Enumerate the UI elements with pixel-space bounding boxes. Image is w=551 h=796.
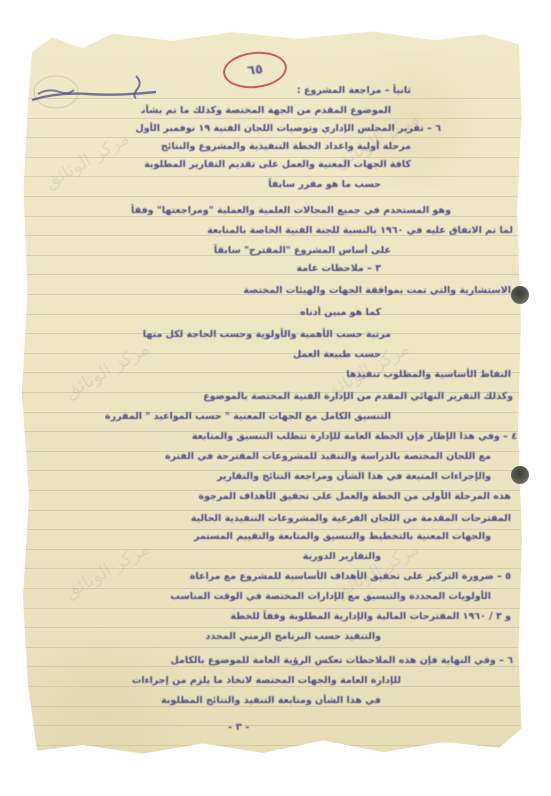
handwritten-line: ٦ – تقرير المجلس الإداري وتوصيات اللجان … (61, 122, 441, 136)
punch-hole-bottom (511, 466, 529, 484)
ruled-line (22, 510, 524, 511)
handwritten-line: ٣ – ملاحظات عامة (281, 262, 381, 276)
ruled-line (22, 274, 524, 275)
handwritten-line: ٥ – ضرورة التركيز على تحقيق الأهداف الأس… (51, 570, 511, 584)
handwritten-line: ٤ – وفي هذا الإطار فإن الخطة العامة للإد… (47, 430, 517, 444)
page-number-text: ٦٥ (246, 62, 263, 79)
handwritten-line: الاستشارية والتي تمت بموافقة الجهات واله… (111, 284, 511, 298)
handwritten-line: والجهات المعنية بالتخطيط والتنسيق والمتا… (46, 530, 491, 544)
handwritten-line: ٦ – وفي النهاية فإن هذه الملاحظات تعكس ا… (48, 654, 513, 668)
ruled-line (22, 588, 524, 589)
handwritten-line: مرتبة حسب الأهمية والأولوية وحسب الحاجة … (81, 328, 391, 342)
handwritten-line: وهو المستخدم في جميع المجالات العلمية وا… (56, 204, 451, 218)
handwritten-line: الموضوع المقدم من الجهة المختصة وكذلك ما… (141, 104, 391, 118)
handwritten-line: للإدارة العامة والجهات المختصة لاتخاذ ما… (61, 674, 401, 688)
handwritten-line: كافة الجهات المعنية والعمل على تقديم الت… (91, 158, 411, 172)
handwritten-line: الأولويات المحددة والتنسيق مع الإدارات ا… (46, 590, 491, 604)
punch-hole-top (511, 286, 529, 304)
handwritten-line: ثانياً – مراجعة المشروع : (251, 84, 411, 98)
footer-page-number: - ٣ - (228, 722, 249, 733)
handwritten-line: والإجراءات المتبعة في هذا الشأن ومراجعة … (46, 470, 491, 484)
handwritten-line: مرحلة أولية واعداد الخطة التنفيذية والمش… (91, 140, 411, 154)
handwritten-line: على أساس المشروع "المقترح" سابقاً (181, 244, 391, 258)
handwritten-line: لما تم الاتفاق عليه في ١٩٦٠ بالنسبة للجن… (53, 224, 513, 238)
handwritten-line: و ٣ / ١٩٦٠ المقترحات المالية والإدارية ا… (51, 610, 511, 624)
handwritten-line: وكذلك التقرير النهائي المقدم من الإدارة … (53, 390, 513, 404)
handwritten-line: والتنفيذ حسب البرنامج الزمني المحدد (151, 630, 381, 644)
handwritten-line: التنسيق الكامل مع الجهات المعنية " حسب ا… (91, 410, 391, 424)
handwritten-line: النقاط الأساسية والمطلوب تنفيذها (271, 368, 511, 382)
handwritten-line: في هذا الشأن ومتابعة التنفيذ والنتائج ال… (101, 694, 381, 708)
handwritten-line: حسب ما هو مقرر سابقاً (241, 178, 381, 192)
handwritten-line: كما هو مبين أدناه (261, 306, 381, 320)
ruled-line (22, 608, 524, 609)
handwritten-line: المقترحات المقدمة من اللجان الفرعية والم… (51, 512, 511, 526)
ruled-line (22, 196, 524, 197)
handwritten-line: هذه المرحلة الأولى من الخطة والعمل على ت… (51, 490, 511, 504)
corner-annotation-scribble (28, 70, 158, 110)
handwritten-line: والتقارير الدورية (261, 550, 381, 564)
ruled-line (22, 627, 524, 628)
handwritten-line: مع اللجان المختصة بالدراسة والتنفيذ للمش… (46, 450, 491, 464)
handwritten-line: حسب طبيعة العمل (231, 348, 381, 362)
